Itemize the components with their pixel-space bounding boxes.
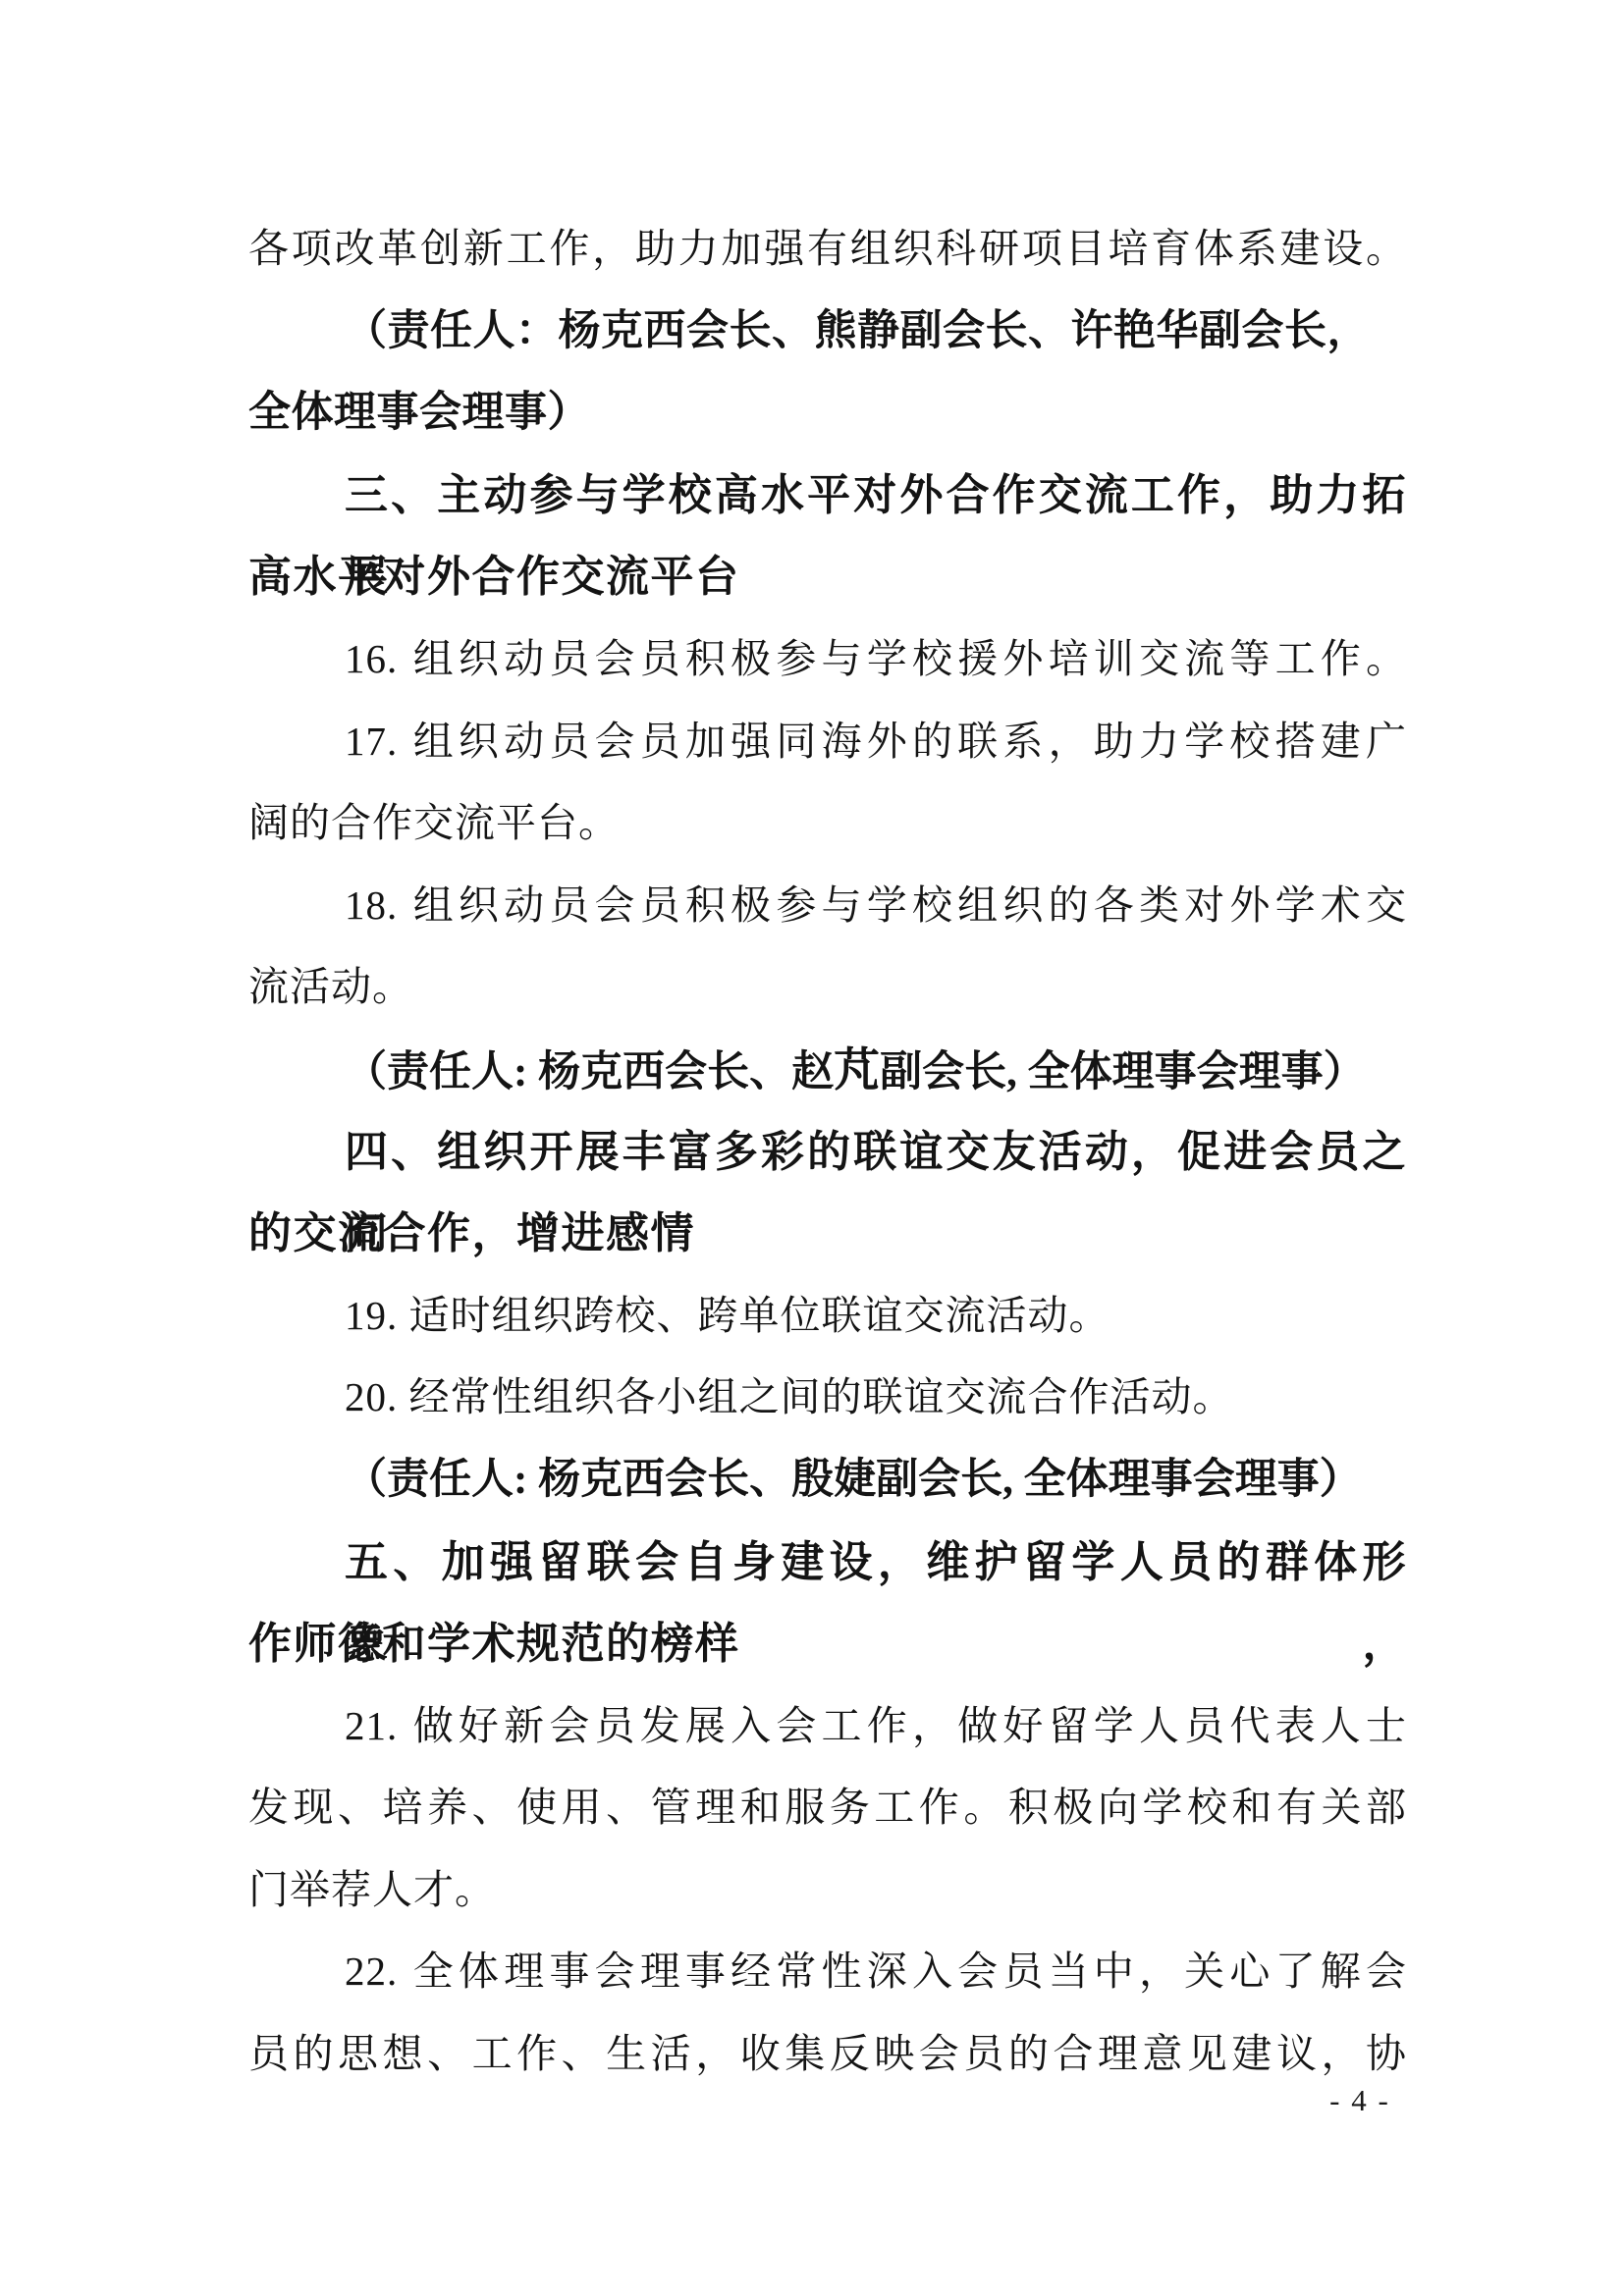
text-line: 各项改革创新工作，助力加强有组织科研项目培育体系建设。 [248,208,1407,291]
text-line: 高水平对外合作交流平台 [248,536,1407,618]
document-page: 各项改革创新工作，助力加强有组织科研项目培育体系建设。（责任人：杨克西会长、熊静… [0,0,1624,2296]
emphasized-character: 芃 [834,1043,880,1095]
text-line: 16. 组织动员会员积极参与学校援外培训交流等工作。 [248,618,1407,701]
text-segment: （责任人: 杨克西会长、殷婕副会长, 全体理事会理事） [345,1457,1362,1503]
text-line: 21. 做好新会员发展入会工作，做好留学人员代表人士 [248,1685,1407,1768]
text-segment: 发现、培养、使用、管理和服务工作。积极向学校和有关部 [248,1785,1407,1830]
text-line: 五、加强留联会自身建设，维护留学人员的群体形象， [248,1522,1407,1604]
text-line: 四、组织开展丰富多彩的联谊交友活动，促进会员之间 [248,1111,1407,1194]
text-segment: 各项改革创新工作，助力加强有组织科研项目培育体系建设。 [248,226,1407,271]
text-line: 的交流合作，增进感情 [248,1193,1407,1275]
text-segment: 门举荐人才。 [248,1867,496,1912]
page-body: 各项改革创新工作，助力加强有组织科研项目培育体系建设。（责任人：杨克西会长、熊静… [248,208,1407,2096]
text-line: 22. 全体理事会理事经常性深入会员当中，关心了解会 [248,1931,1407,2013]
text-line: （责任人: 杨克西会长、赵芃副会长, 全体理事会理事） [248,1029,1407,1111]
text-line: 门举荐人才。 [248,1849,1407,1932]
text-segment: 21. 做好新会员发展入会工作，做好留学人员代表人士 [345,1703,1407,1748]
text-segment: 16. 组织动员会员积极参与学校援外培训交流等工作。 [345,636,1407,681]
text-line: 发现、培养、使用、管理和服务工作。积极向学校和有关部 [248,1767,1407,1849]
text-line: 17. 组织动员会员加强同海外的联系，助力学校搭建广 [248,701,1407,783]
text-segment: 18. 组织动员会员积极参与学校组织的各类对外学术交 [345,882,1407,928]
text-segment: 17. 组织动员会员加强同海外的联系，助力学校搭建广 [345,719,1407,764]
text-segment: 员的思想、工作、生活，收集反映会员的合理意见建议，协 [248,2031,1407,2076]
text-line: 18. 组织动员会员积极参与学校组织的各类对外学术交 [248,865,1407,947]
text-line: 全体理事会理事） [248,372,1407,454]
text-segment: 19. 适时组织跨校、跨单位联谊交流活动。 [345,1293,1110,1338]
text-segment: （责任人: 杨克西会长、赵 [345,1049,834,1095]
text-line: 19. 适时组织跨校、跨单位联谊交流活动。 [248,1275,1407,1358]
text-segment: 20. 经常性组织各小组之间的联谊交流合作活动。 [345,1374,1234,1419]
text-line: 阔的合作交流平台。 [248,782,1407,865]
text-line: （责任人: 杨克西会长、殷婕副会长, 全体理事会理事） [248,1439,1407,1522]
text-line: （责任人：杨克西会长、熊静副会长、许艳华副会长， [248,291,1407,373]
text-line: 20. 经常性组织各小组之间的联谊交流合作活动。 [248,1357,1407,1439]
text-segment: 副会长, 全体理事会理事） [880,1049,1366,1095]
text-segment: 全体理事会理事） [248,390,590,436]
text-line: 流活动。 [248,946,1407,1029]
text-segment: 作师德和学术规范的榜样 [248,1620,740,1668]
text-segment: （责任人：杨克西会长、熊静副会长、许艳华副会长， [345,308,1370,354]
text-line: 三、主动参与学校高水平对外合作交流工作，助力拓展 [248,454,1407,537]
text-segment: 阔的合作交流平台。 [248,800,620,845]
text-segment: 流活动。 [248,964,413,1009]
page-number: - 4 - [1316,2079,1404,2122]
text-line: 员的思想、工作、生活，收集反映会员的合理意见建议，协 [248,2013,1407,2096]
text-segment: 高水平对外合作交流平台 [248,553,740,601]
text-segment: 22. 全体理事会理事经常性深入会员当中，关心了解会 [345,1949,1407,1994]
text-segment: 的交流合作，增进感情 [248,1209,695,1257]
